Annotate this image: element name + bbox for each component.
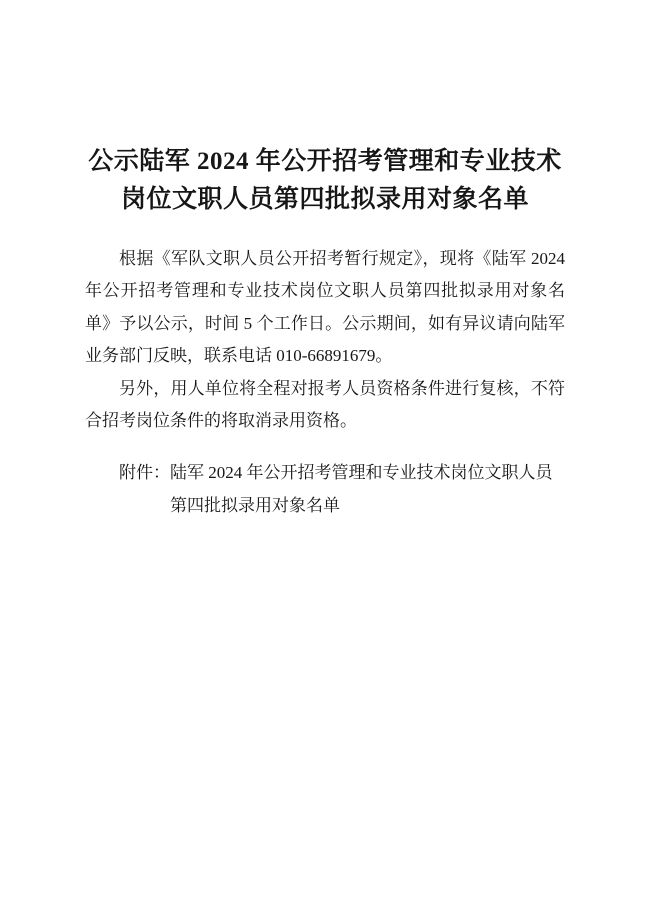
document-page: 公示陆军 2024 年公开招考管理和专业技术 岗位文职人员第四批拟录用对象名单 … [0,0,650,919]
paragraph-qualification-review: 另外，用人单位将全程对报考人员资格条件进行复核，不符合招考岗位条件的将取消录用资… [85,373,565,438]
document-title-line-2: 岗位文职人员第四批拟录用对象名单 [85,181,565,219]
attachment-block: 附件： 陆军 2024 年公开招考管理和专业技术岗位文职人员第四批拟录用对象名单 [85,457,565,522]
attachment-label: 附件： [119,457,170,522]
attachment-title: 陆军 2024 年公开招考管理和专业技术岗位文职人员第四批拟录用对象名单 [170,457,565,522]
document-title: 公示陆军 2024 年公开招考管理和专业技术 岗位文职人员第四批拟录用对象名单 [85,143,565,219]
document-title-line-1: 公示陆军 2024 年公开招考管理和专业技术 [85,143,565,181]
paragraph-notice-body: 根据《军队文职人员公开招考暂行规定》，现将《陆军 2024 年公开招考管理和专业… [85,243,565,373]
